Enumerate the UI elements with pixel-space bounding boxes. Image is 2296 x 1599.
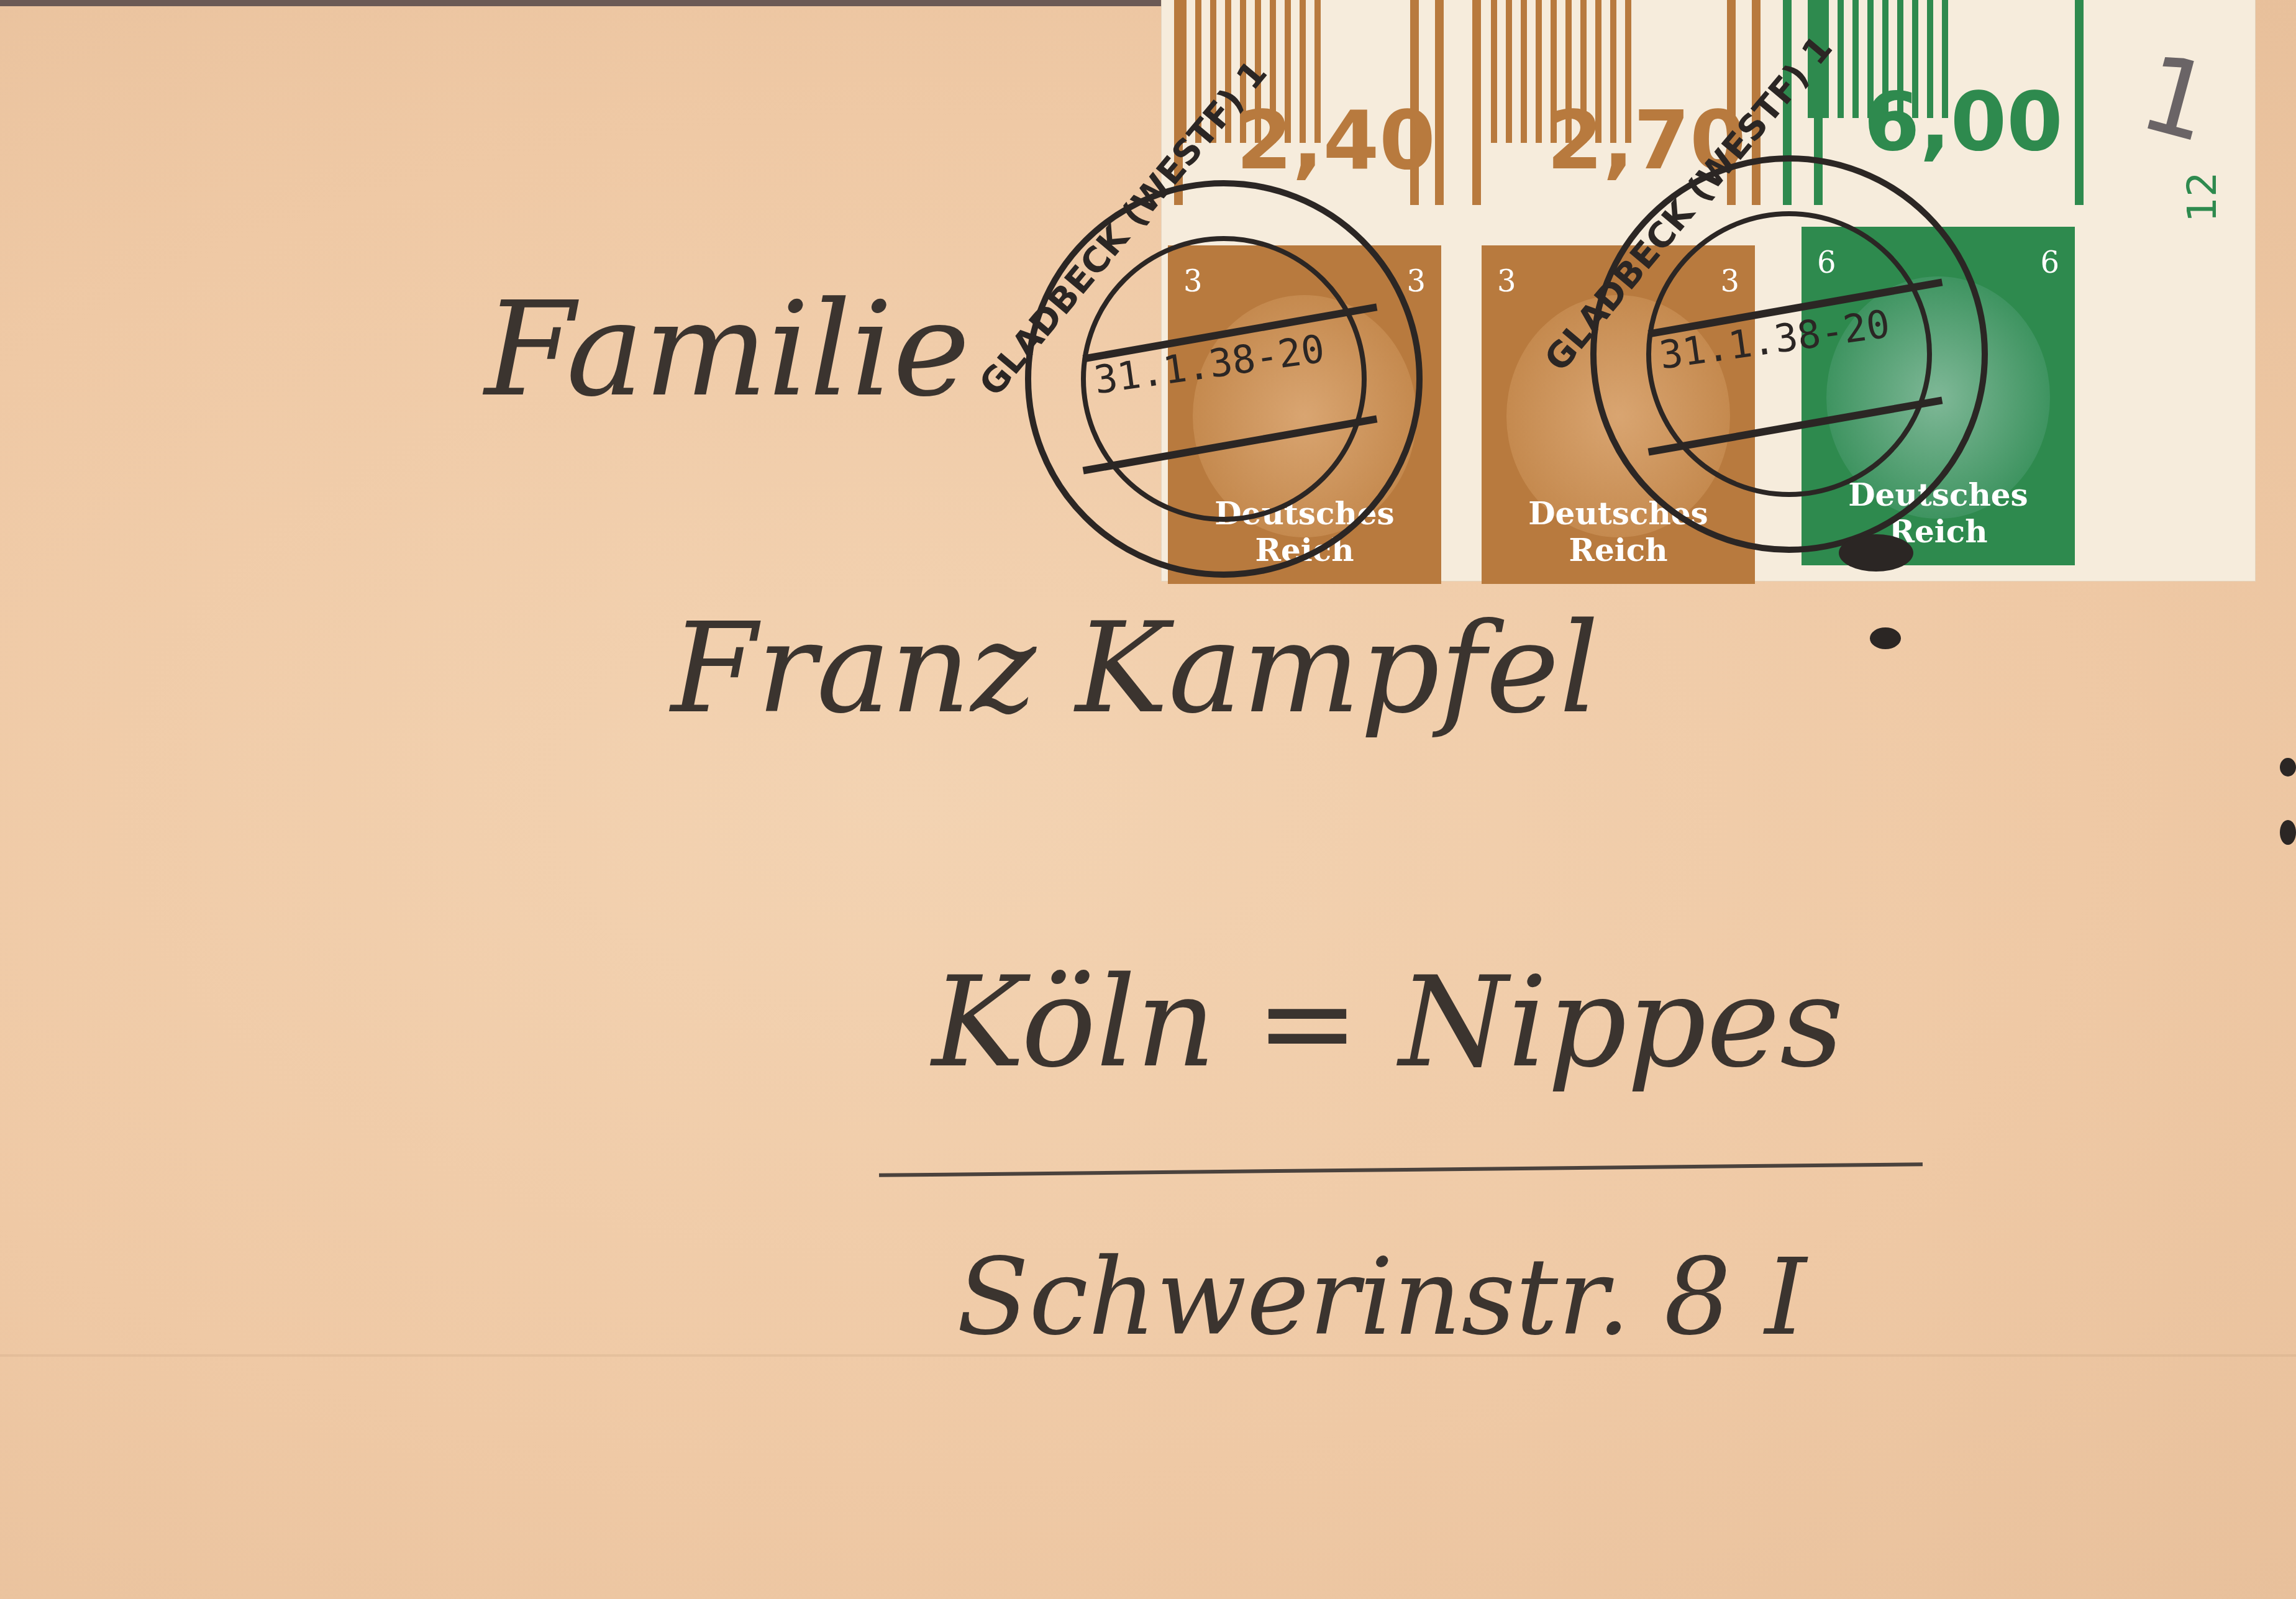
address-line-4: Schwerinstr. 8 I — [957, 1236, 1806, 1359]
stamp-denomination: 3 — [1497, 264, 1516, 299]
envelope-top-edge — [0, 0, 1162, 6]
stamp-denomination: 6 — [2040, 245, 2059, 280]
address-underline — [879, 1162, 1923, 1177]
postmark-left: GLADBECK (WESTF) 1 31.1.38-20 — [1025, 180, 1423, 578]
plate-number: 12 — [2180, 171, 2226, 222]
address-line-2: Franz Kampfel — [671, 596, 1599, 741]
margin-value-3: 6,00 — [1864, 75, 2063, 169]
ink-blot — [2280, 758, 2296, 777]
ink-blot — [1870, 627, 1901, 649]
ink-blot — [2280, 820, 2296, 845]
margin-value-1: 2,40 — [1236, 93, 1436, 188]
address-line-1: Familie — [485, 273, 970, 426]
address-line-3: Köln = Nippes — [932, 950, 1844, 1095]
ink-blot — [1839, 534, 1913, 572]
envelope: 2,40 2,70 6,00 3 3 Deutsches Reich 3 3 D… — [0, 0, 2296, 1599]
postmark-right: GLADBECK (WESTF) 1 31.1.38-20 — [1590, 155, 1988, 553]
stamp-denomination: 3 — [1406, 264, 1426, 299]
